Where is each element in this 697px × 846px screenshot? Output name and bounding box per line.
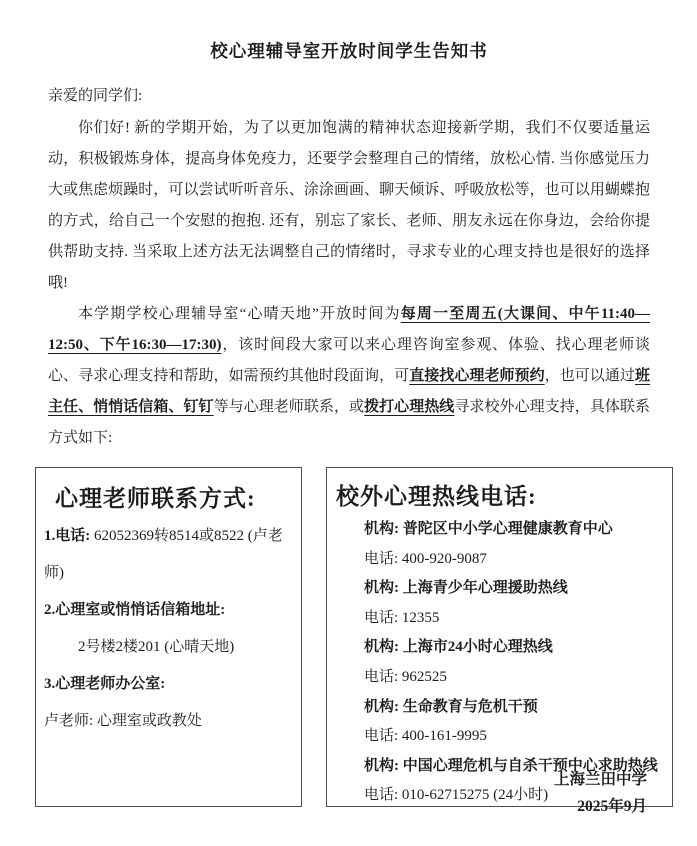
hotline-org-line: 机构: 上海青少年心理援助热线 [336,574,662,604]
hotline-phone-line: 电话: 962525 [336,663,662,693]
hotline-phone-line: 电话: 12355 [336,604,662,634]
hotline-phone-number: 010-62715275 (24小时) [402,787,548,803]
p2-seg7: 等与心理老师联系，或 [214,399,365,415]
hotline-org-name: 生命教育与危机干预 [403,699,538,715]
hotline-org-label: 机构: [364,521,399,537]
paragraph-intro: 你们好! 新的学期开始，为了以更加饱满的精神状态迎接新学期，我们不仅要适量运动，… [48,113,650,299]
footer-date: 2025年9月 [554,793,647,820]
teacher-phone-item: 1.电话: 62052369转8514或8522 (卢老师) [44,518,293,592]
footer-school-name: 上海兰田中学 [554,766,647,793]
document-footer: 上海兰田中学 2025年9月 [554,766,647,820]
hotline-phone-number: 12355 [402,610,440,626]
document-title: 校心理辅导室开放时间学生告知书 [48,38,650,63]
paragraph-intro-text: 你们好! 新的学期开始，为了以更加饱满的精神状态迎接新学期，我们不仅要适量运动，… [48,120,650,291]
hotline-org-label: 机构: [364,699,399,715]
mailbox-address-label: 2.心理室或悄悄话信箱地址: [44,592,293,629]
teacher-phone-label: 1.电话: [44,528,90,544]
external-hotline-box: 校外心理热线电话: 机构: 普陀区中小学心理健康教育中心 电话: 400-920… [326,467,673,807]
hotline-org-name: 普陀区中小学心理健康教育中心 [403,521,613,537]
p2-seg1: 本学期学校心理辅导室“心晴天地”开放时间为 [78,306,401,322]
teacher-contact-box: 心理老师联系方式: 1.电话: 62052369转8514或8522 (卢老师)… [35,467,302,807]
hotline-org-label: 机构: [364,758,399,774]
external-hotline-box-title: 校外心理热线电话: [336,478,662,511]
hotline-org-name: 上海青少年心理援助热线 [403,580,568,596]
hotline-highlight: 拨打心理热线 [364,399,454,415]
hotline-org-line: 机构: 普陀区中小学心理健康教育中心 [336,515,662,545]
mailbox-address-value: 2号楼2楼201 (心晴天地) [44,629,293,666]
hotline-org-label: 机构: [364,639,399,655]
hotline-phone-line: 电话: 400-161-9995 [336,722,662,752]
hotline-phone-label: 电话: [364,728,398,744]
hotline-org-label: 机构: [364,580,399,596]
teacher-contact-box-title: 心理老师联系方式: [44,480,293,513]
document-page: 校心理辅导室开放时间学生告知书 亲爱的同学们: 你们好! 新的学期开始，为了以更… [0,0,697,846]
salutation: 亲爱的同学们: [48,83,650,109]
hotline-phone-line: 电话: 400-920-9087 [336,545,662,575]
hotline-phone-label: 电话: [364,787,398,803]
hotline-phone-label: 电话: [364,551,398,567]
hotline-phone-number: 400-920-9087 [402,551,487,567]
p2-seg5: ，也可以通过 [545,368,635,384]
teacher-office-label: 3.心理老师办公室: [44,666,293,703]
book-teacher-highlight: 直接找心理老师预约 [409,368,544,384]
hotline-org-line: 机构: 上海市24小时心理热线 [336,633,662,663]
hotline-phone-label: 电话: [364,669,398,685]
hotline-phone-number: 962525 [402,669,447,685]
hotline-org-name: 上海市24小时心理热线 [403,639,553,655]
hotline-phone-label: 电话: [364,610,398,626]
hotline-phone-number: 400-161-9995 [402,728,487,744]
paragraph-open-hours: 本学期学校心理辅导室“心晴天地”开放时间为每周一至周五(大课间、中午11:40—… [48,299,650,454]
hotline-org-line: 机构: 生命教育与危机干预 [336,693,662,723]
contact-boxes-row: 心理老师联系方式: 1.电话: 62052369转8514或8522 (卢老师)… [35,467,673,807]
teacher-office-value: 卢老师: 心理室或政教处 [44,703,293,740]
